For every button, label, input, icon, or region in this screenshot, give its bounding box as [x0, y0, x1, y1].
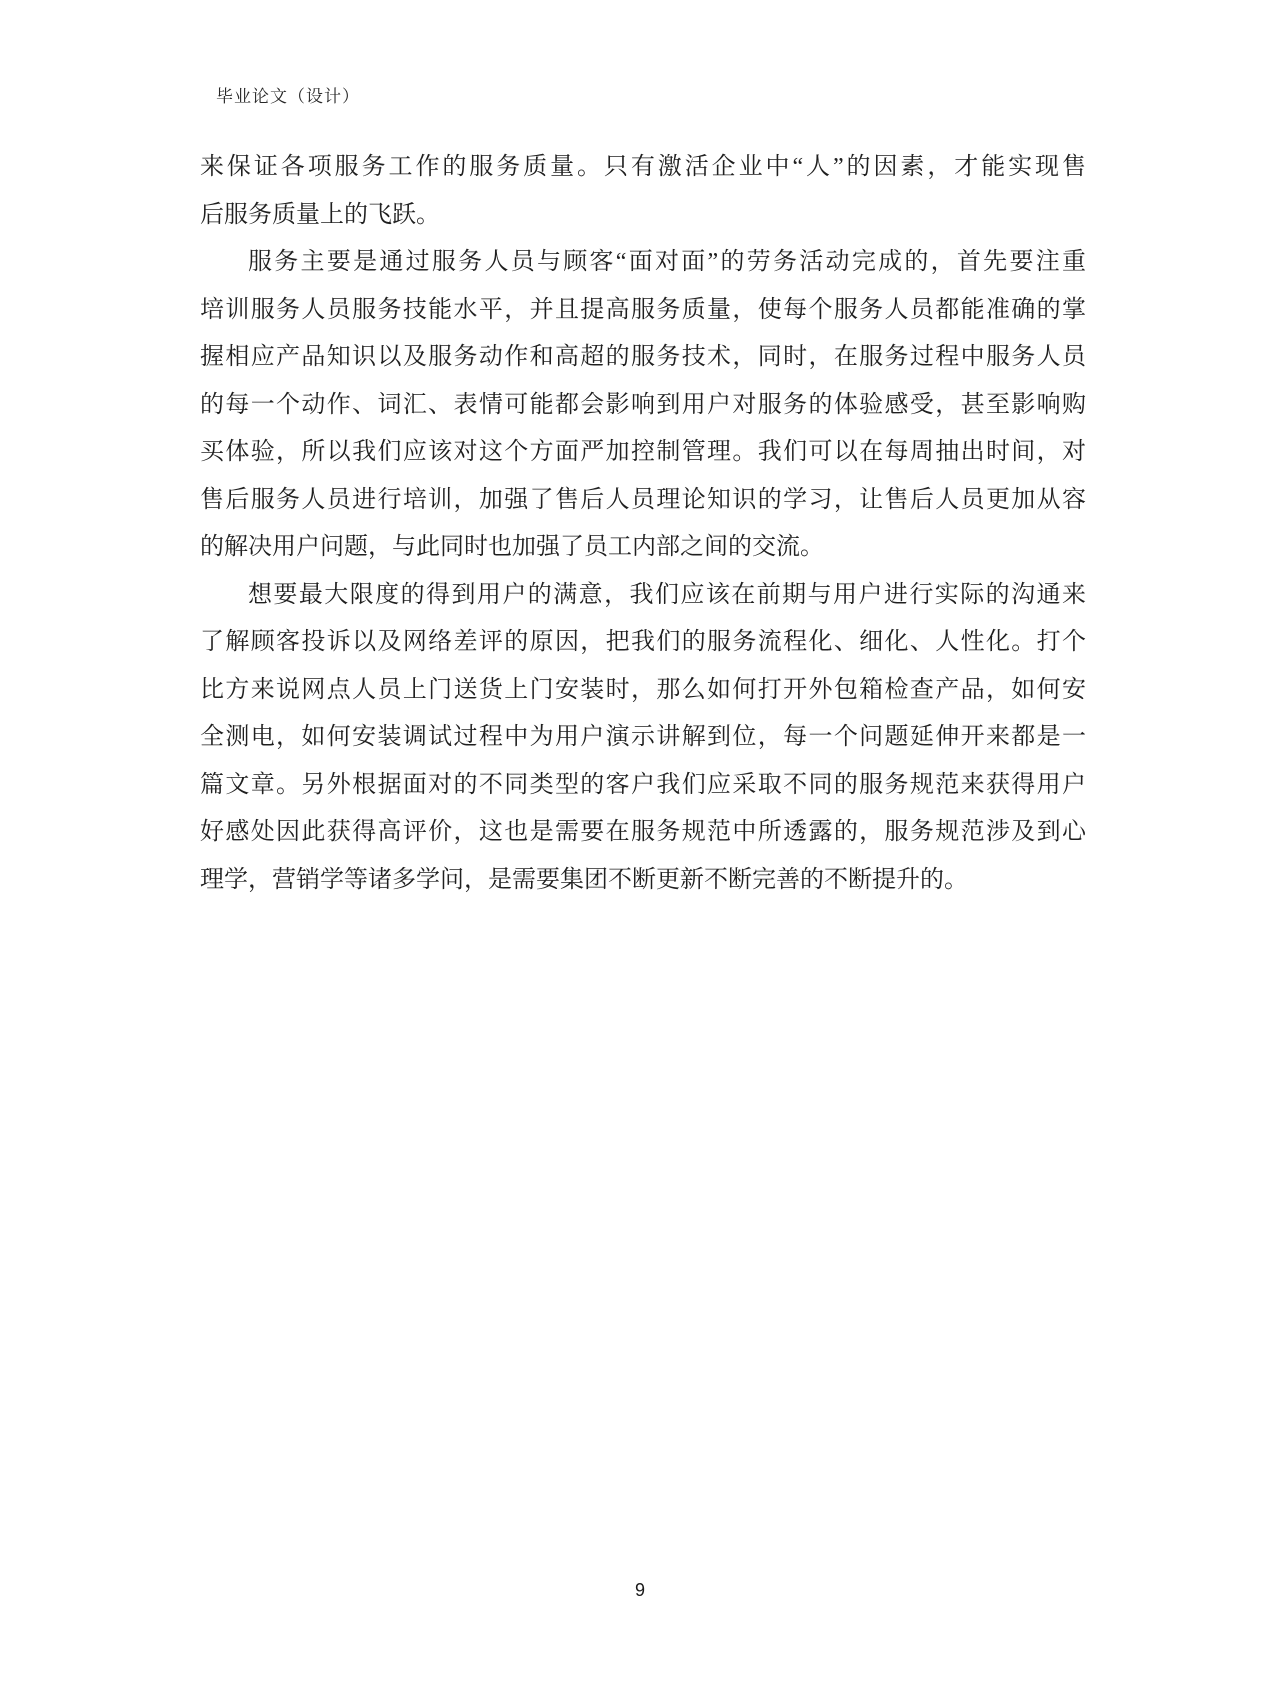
- text-line: 理学，营销学等诸多学问，是需要集团不断更新不断完善的不断提升的。: [200, 857, 1086, 905]
- text-line: 售后服务人员进行培训，加强了售后人员理论知识的学习，让售后人员更加从容: [200, 477, 1086, 525]
- text-line: 后服务质量上的飞跃。: [200, 192, 1086, 240]
- text-line: 的解决用户问题，与此同时也加强了员工内部之间的交流。: [200, 524, 1086, 572]
- text-line: 全测电，如何安装调试过程中为用户演示讲解到位，每一个问题延伸开来都是一: [200, 714, 1086, 762]
- page-header: 毕业论文（设计）: [216, 82, 360, 107]
- text-line: 来保证各项服务工作的服务质量。只有激活企业中“人”的因素，才能实现售: [200, 144, 1086, 192]
- text-line: 握相应产品知识以及服务动作和高超的服务技术，同时，在服务过程中服务人员: [200, 334, 1086, 382]
- paragraph: 想要最大限度的得到用户的满意，我们应该在前期与用户进行实际的沟通来了解顾客投诉以…: [200, 572, 1086, 905]
- text-line: 想要最大限度的得到用户的满意，我们应该在前期与用户进行实际的沟通来: [200, 572, 1086, 620]
- text-line: 的每一个动作、词汇、表情可能都会影响到用户对服务的体验感受，甚至影响购: [200, 382, 1086, 430]
- text-line: 买体验，所以我们应该对这个方面严加控制管理。我们可以在每周抽出时间，对: [200, 429, 1086, 477]
- document-body: 来保证各项服务工作的服务质量。只有激活企业中“人”的因素，才能实现售后服务质量上…: [200, 144, 1086, 904]
- text-line: 篇文章。另外根据面对的不同类型的客户我们应采取不同的服务规范来获得用户: [200, 762, 1086, 810]
- text-line: 好感处因此获得高评价，这也是需要在服务规范中所透露的，服务规范涉及到心: [200, 809, 1086, 857]
- text-line: 了解顾客投诉以及网络差评的原因，把我们的服务流程化、细化、人性化。打个: [200, 619, 1086, 667]
- text-line: 比方来说网点人员上门送货上门安装时，那么如何打开外包箱检查产品，如何安: [200, 667, 1086, 715]
- paragraph: 服务主要是通过服务人员与顾客“面对面”的劳务活动完成的，首先要注重培训服务人员服…: [200, 239, 1086, 572]
- paragraph: 来保证各项服务工作的服务质量。只有激活企业中“人”的因素，才能实现售后服务质量上…: [200, 144, 1086, 239]
- page-number: 9: [0, 1580, 1280, 1601]
- text-line: 培训服务人员服务技能水平，并且提高服务质量，使每个服务人员都能准确的掌: [200, 287, 1086, 335]
- document-page: 毕业论文（设计） 来保证各项服务工作的服务质量。只有激活企业中“人”的因素，才能…: [0, 0, 1280, 1707]
- text-line: 服务主要是通过服务人员与顾客“面对面”的劳务活动完成的，首先要注重: [200, 239, 1086, 287]
